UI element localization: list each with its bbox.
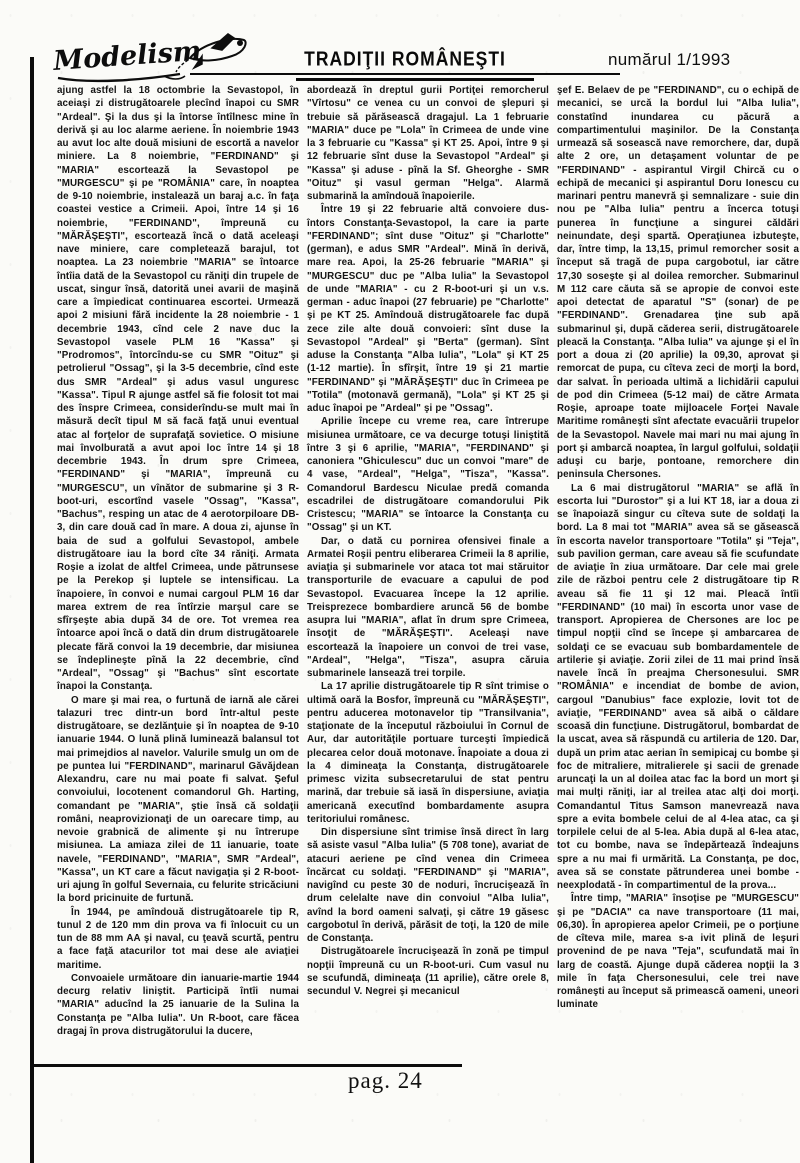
article-paragraph: O mare şi mai rea, o furtună de iarnă al… (57, 694, 299, 906)
header-rule (190, 73, 620, 75)
issue-number: numărul 1/1993 (608, 50, 730, 70)
article-paragraph: Dar, o dată cu pornirea ofensivei finale… (307, 535, 549, 681)
article-paragraph: În 1944, pe amîndouă distrugătoarele tip… (57, 906, 299, 972)
article-paragraph: Distrugătoarele încrucişează în zonă pe … (307, 945, 549, 998)
article-paragraph: Din dispersiune sînt trimise însă direct… (307, 826, 549, 945)
header-rule-thick (296, 78, 534, 81)
article-body: ajung astfel la 18 octombrie la Sevastop… (57, 84, 797, 1038)
article-paragraph: şef E. Belaev de pe "FERDINAND", cu o ec… (557, 84, 799, 482)
article-paragraph: Între timp, "MARIA" însoţise pe "MURGESC… (557, 892, 799, 1011)
article-paragraph: Convoaiele următoare din ianuarie-martie… (57, 972, 299, 1038)
article-paragraph: abordează în dreptul gurii Portiţei remo… (307, 84, 549, 203)
article-paragraph: Aprilie începe cu vreme rea, care întrer… (307, 415, 549, 534)
modelism-logo-text: Modelism (52, 36, 202, 77)
article-paragraph: La 17 aprilie distrugătoarele tip R sînt… (307, 680, 549, 826)
article-column-2: abordează în dreptul gurii Portiţei remo… (307, 84, 549, 1038)
article-paragraph: ajung astfel la 18 octombrie la Sevastop… (57, 84, 299, 694)
article-column-3: şef E. Belaev de pe "FERDINAND", cu o ec… (557, 84, 799, 1038)
article-column-1: ajung astfel la 18 octombrie la Sevastop… (57, 84, 299, 1038)
magazine-page: { "header": { "logo_text": "Modelism", "… (0, 0, 800, 1163)
article-paragraph: Între 19 şi 22 februarie altă convoiere … (307, 203, 549, 415)
footer-rule (30, 1064, 462, 1067)
section-title: TRADIŢII ROMÂNEŞTI (190, 47, 620, 71)
page-number: pag. 24 (348, 1068, 423, 1094)
page-left-border (30, 57, 34, 1163)
article-paragraph: La 6 mai distrugătorul "MARIA" se află î… (557, 482, 799, 893)
